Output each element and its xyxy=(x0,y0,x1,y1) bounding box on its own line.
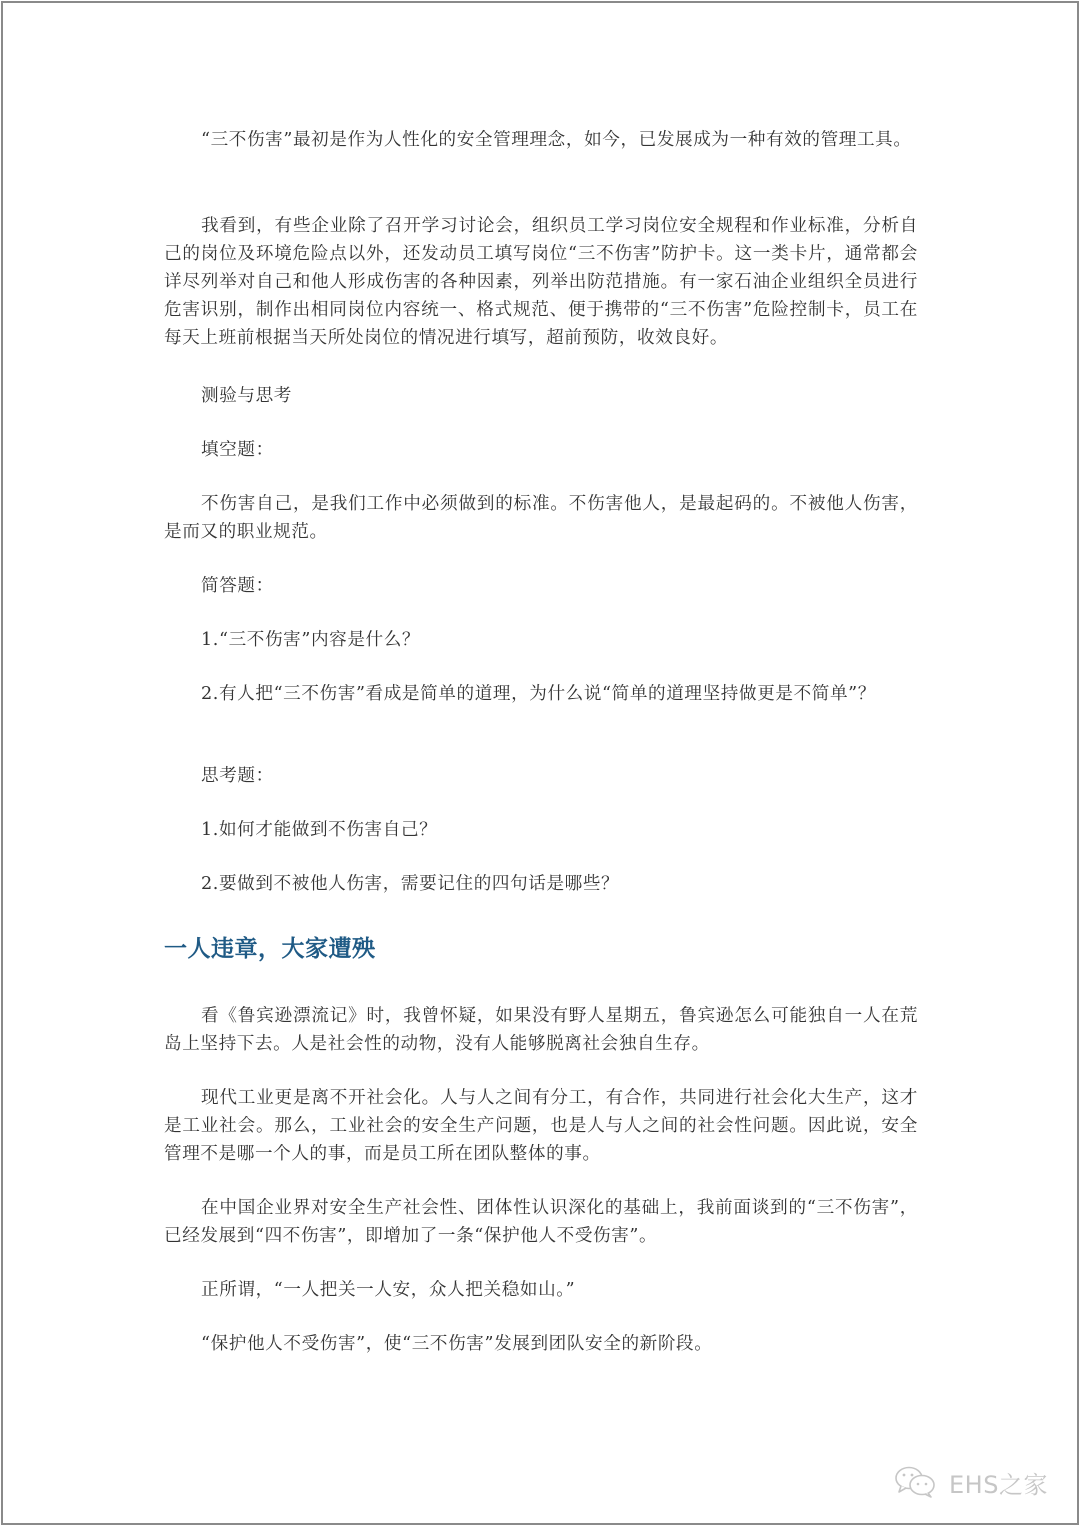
short-answer-label: 简答题： xyxy=(164,572,918,600)
wechat-icon xyxy=(893,1465,939,1499)
section-paragraph-1: 看《鲁宾逊漂流记》时，我曾怀疑，如果没有野人星期五，鲁宾逊怎么可能独自一人在荒岛… xyxy=(164,1002,918,1058)
fill-in-label: 填空题： xyxy=(164,436,918,464)
section-paragraph-2: 现代工业更是离不开社会化。人与人之间有分工，有合作，共同进行社会化大生产，这才是… xyxy=(164,1084,918,1168)
quiz-title: 测验与思考 xyxy=(164,382,918,410)
thinking-question-1: 1.如何才能做到不伤害自己？ xyxy=(164,816,918,844)
paragraph-intro: “三不伤害”最初是作为人性化的安全管理理念，如今，已发展成为一种有效的管理工具。 xyxy=(164,126,918,154)
thinking-question-2: 2.要做到不被他人伤害，需要记住的四句话是哪些？ xyxy=(164,870,918,898)
section-heading: 一人违章，大家遭殃 xyxy=(164,932,376,966)
section-paragraph-5: “保护他人不受伤害”，使“三不伤害”发展到团队安全的新阶段。 xyxy=(164,1330,918,1358)
paragraph-cards: 我看到，有些企业除了召开学习讨论会，组织员工学习岗位安全规程和作业标准，分析自己… xyxy=(164,212,918,352)
section-paragraph-4: 正所谓，“一人把关一人安，众人把关稳如山。” xyxy=(164,1276,918,1304)
thinking-label: 思考题： xyxy=(164,762,918,790)
watermark: EHS之家 xyxy=(893,1462,1048,1502)
short-answer-question-1: 1.“三不伤害”内容是什么？ xyxy=(164,626,918,654)
short-answer-question-2: 2.有人把“三不伤害”看成是简单的道理，为什么说“简单的道理坚持做更是不简单”？ xyxy=(164,680,918,708)
section-paragraph-3: 在中国企业界对安全生产社会性、团体性认识深化的基础上，我前面谈到的“三不伤害”，… xyxy=(164,1194,918,1250)
watermark-text: EHS之家 xyxy=(949,1465,1048,1500)
fill-in-question: 不伤害自己，是我们工作中必须做到的标准。不伤害他人，是最起码的。不被他人伤害，是… xyxy=(164,490,918,546)
